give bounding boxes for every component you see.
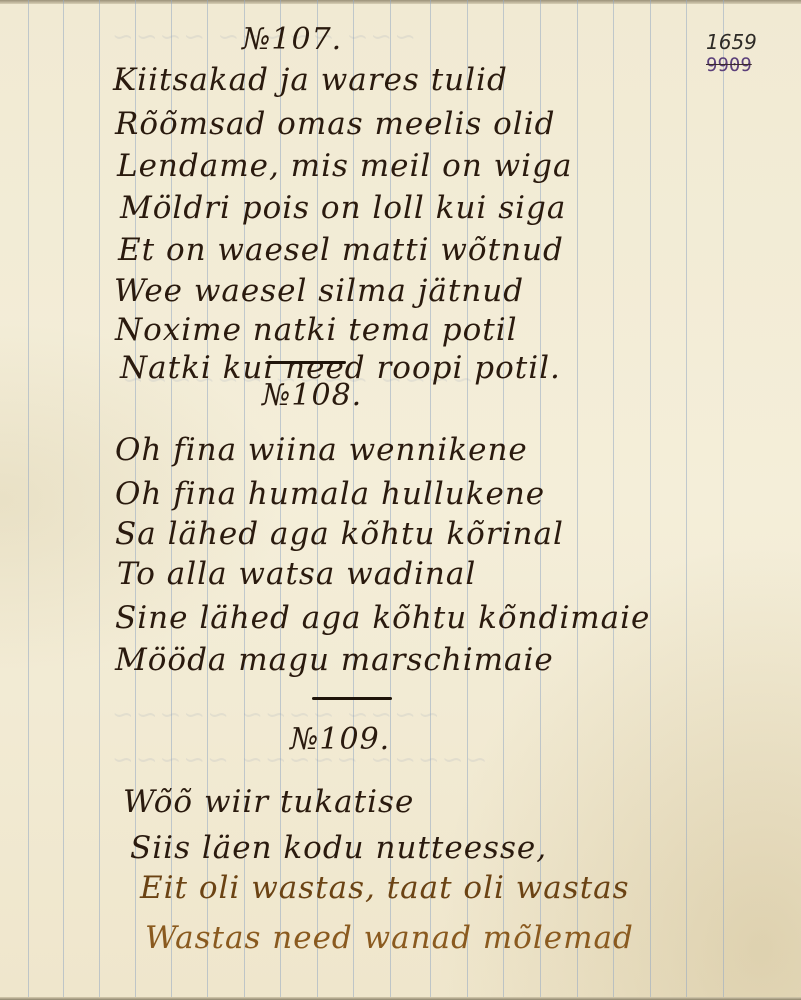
poem-number-109: №109. bbox=[290, 722, 390, 757]
ruled-line bbox=[28, 0, 29, 1000]
poem-108-line-2: Oh fina humala hullukene bbox=[115, 476, 545, 512]
section-divider bbox=[312, 697, 392, 700]
poem-108-line-3: Sa lähed aga kõhtu kõrinal bbox=[115, 516, 564, 552]
page-top-edge bbox=[0, 0, 801, 4]
ruled-line bbox=[63, 0, 64, 1000]
poem-109-line-2: Siis läen kodu nutteesse, bbox=[130, 830, 547, 866]
poem-107-line-1: Kiitsakad ja wares tulid bbox=[113, 62, 508, 98]
poem-109-line-1: Wõõ wiir tukatise bbox=[123, 784, 414, 820]
bleed-through-text: ~~~~ ~~~~ ~~~~~ bbox=[110, 700, 440, 730]
poem-number-108: №108. bbox=[262, 378, 362, 413]
ruled-line bbox=[577, 0, 578, 1000]
poem-107-line-7: Noxime natki tema potil bbox=[115, 312, 518, 348]
ruled-line bbox=[650, 0, 651, 1000]
poem-107-line-4: Möldri pois on loll kui siga bbox=[120, 190, 566, 226]
manuscript-page: ~~~ ~~~~~ ~~~~ ~~~~ ~~~~ ~~~~~~ ~~~~ ~~~… bbox=[0, 0, 801, 1000]
poem-107-line-6: Wee waesel silma jätnud bbox=[114, 273, 524, 309]
poem-108-line-6: Mööda magu marschimaie bbox=[115, 642, 554, 678]
section-divider bbox=[266, 361, 346, 364]
poem-108-line-4: To alla watsa wadinal bbox=[117, 556, 476, 592]
poem-109-line-3: Eit oli wastas, taat oli wastas bbox=[140, 870, 630, 906]
poem-108-line-5: Sine lähed aga kõhtu kõndimaie bbox=[115, 600, 650, 636]
poem-107-line-5: Et on waesel matti wõtnud bbox=[118, 232, 564, 268]
poem-109-line-4: Wastas need wanad mõlemad bbox=[145, 920, 634, 956]
ruled-line bbox=[686, 0, 687, 1000]
poem-107-line-2: Rõõmsad omas meelis olid bbox=[115, 106, 555, 142]
poem-108-line-1: Oh fina wiina wennikene bbox=[115, 432, 528, 468]
poem-number-107: №107. bbox=[242, 22, 342, 57]
ruled-line bbox=[99, 0, 100, 1000]
archive-number: 1659 bbox=[706, 30, 757, 54]
archive-number-old-struck: 9909 bbox=[706, 54, 752, 76]
ruled-line bbox=[613, 0, 614, 1000]
poem-107-line-3: Lendame, mis meil on wiga bbox=[117, 148, 572, 184]
ruled-line bbox=[723, 0, 724, 1000]
